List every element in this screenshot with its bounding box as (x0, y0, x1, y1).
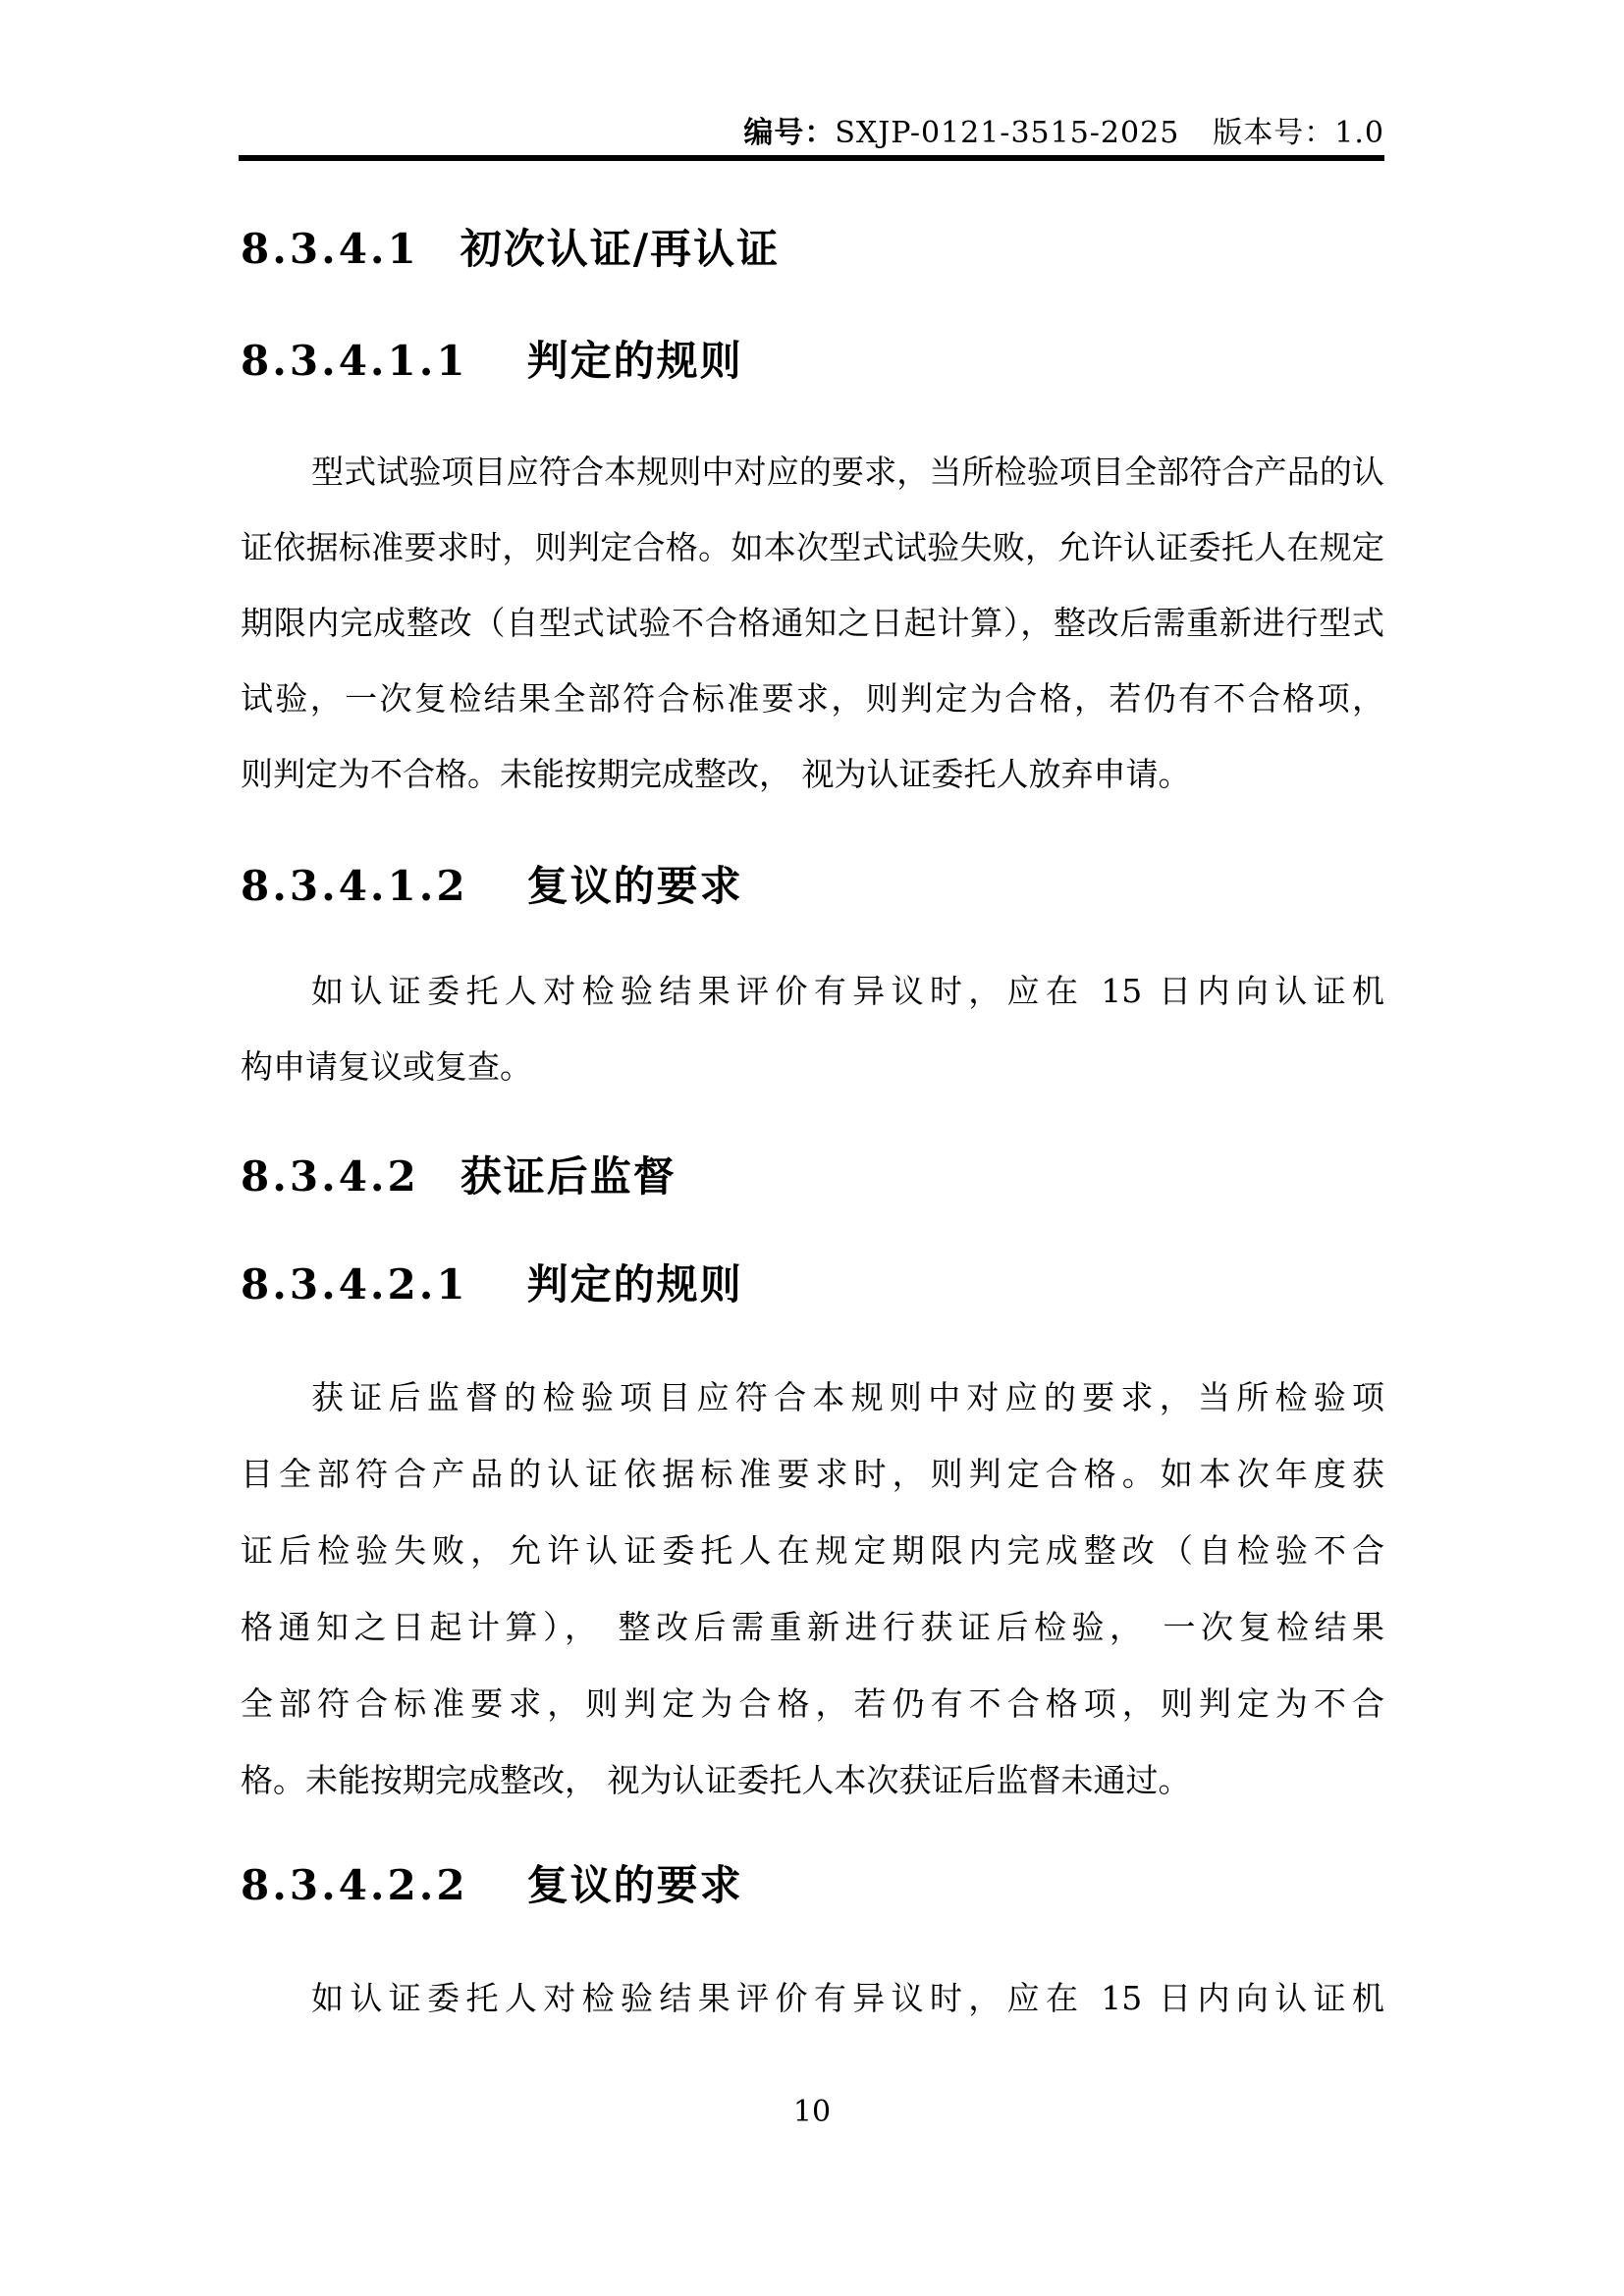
version-label: 版本号： (1213, 116, 1334, 150)
heading-title: 复议的要求 (527, 1861, 743, 1909)
heading-number: 8.3.4.2.1 (241, 1260, 468, 1308)
paragraph-appeal-post-cert: 如认证委托人对检验结果评价有异议时，应在 15 日内向认证机 (241, 1960, 1384, 2036)
heading-title: 初次认证/再认证 (460, 225, 780, 273)
doc-number-label: 编号： (743, 116, 835, 150)
text-line: 期限内完成整改（自型式试验不合格通知之日起计算），整改后需重新进行型式 (241, 585, 1384, 661)
heading-number: 8.3.4.1.1 (241, 337, 468, 385)
section-heading-8-3-4-1-1: 8.3.4.1.1判定的规则 (241, 336, 743, 387)
page-header: 编号：SXJP-0121-3515-2025版本号：1.0 (743, 114, 1384, 153)
heading-title: 复议的要求 (527, 862, 743, 910)
version-value: 1.0 (1334, 116, 1384, 150)
text-line: 证依据标准要求时，则判定合格。如本次型式试验失败，允许认证委托人在规定 (241, 509, 1384, 585)
text-line: 目全部符合产品的认证依据标准要求时，则判定合格。如本次年度获 (241, 1436, 1384, 1513)
text-line: 获证后监督的检验项目应符合本规则中对应的要求，当所检验项 (241, 1360, 1384, 1436)
text-line: 格通知之日起计算）， 整改后需重新进行获证后检验， 一次复检结果 (241, 1589, 1384, 1666)
text-line: 如认证委托人对检验结果评价有异议时，应在 15 日内向认证机 (241, 953, 1384, 1029)
section-heading-8-3-4-2: 8.3.4.2获证后监督 (241, 1151, 677, 1202)
text-line: 则判定为不合格。未能按期完成整改， 视为认证委托人放弃申请。 (241, 736, 1384, 812)
heading-number: 8.3.4.2 (241, 1152, 419, 1201)
section-heading-8-3-4-2-2: 8.3.4.2.2复议的要求 (241, 1860, 743, 1911)
page-number: 10 (793, 2095, 831, 2129)
page-footer: 10 (0, 2095, 1624, 2130)
document-page: 编号：SXJP-0121-3515-2025版本号：1.0 8.3.4.1初次认… (0, 0, 1624, 2296)
paragraph-type-test-rules: 型式试验项目应符合本规则中对应的要求，当所检验项目全部符合产品的认 证依据标准要… (241, 434, 1384, 812)
text-line: 格。未能按期完成整改， 视为认证委托人本次获证后监督未通过。 (241, 1742, 1384, 1819)
paragraph-appeal-initial: 如认证委托人对检验结果评价有异议时，应在 15 日内向认证机 构申请复议或复查。 (241, 953, 1384, 1104)
text-line: 构申请复议或复查。 (241, 1029, 1384, 1104)
section-heading-8-3-4-1: 8.3.4.1初次认证/再认证 (241, 224, 780, 275)
heading-title: 获证后监督 (460, 1152, 677, 1201)
text-line: 型式试验项目应符合本规则中对应的要求，当所检验项目全部符合产品的认 (241, 434, 1384, 509)
heading-number: 8.3.4.2.2 (241, 1861, 468, 1909)
section-heading-8-3-4-2-1: 8.3.4.2.1判定的规则 (241, 1259, 743, 1310)
heading-number: 8.3.4.1.2 (241, 862, 468, 910)
text-line: 全部符合标准要求，则判定为合格，若仍有不合格项，则判定为不合 (241, 1666, 1384, 1742)
header-rule (239, 155, 1384, 161)
text-line: 如认证委托人对检验结果评价有异议时，应在 15 日内向认证机 (241, 1960, 1384, 2036)
heading-number: 8.3.4.1 (241, 225, 419, 273)
heading-title: 判定的规则 (527, 1260, 743, 1308)
paragraph-post-cert-rules: 获证后监督的检验项目应符合本规则中对应的要求，当所检验项 目全部符合产品的认证依… (241, 1360, 1384, 1819)
section-heading-8-3-4-1-2: 8.3.4.1.2复议的要求 (241, 861, 743, 912)
doc-number-value: SXJP-0121-3515-2025 (835, 116, 1179, 150)
text-line: 证后检验失败，允许认证委托人在规定期限内完成整改（自检验不合 (241, 1513, 1384, 1589)
text-line: 试验，一次复检结果全部符合标准要求，则判定为合格，若仍有不合格项， (241, 661, 1384, 736)
heading-title: 判定的规则 (527, 337, 743, 385)
